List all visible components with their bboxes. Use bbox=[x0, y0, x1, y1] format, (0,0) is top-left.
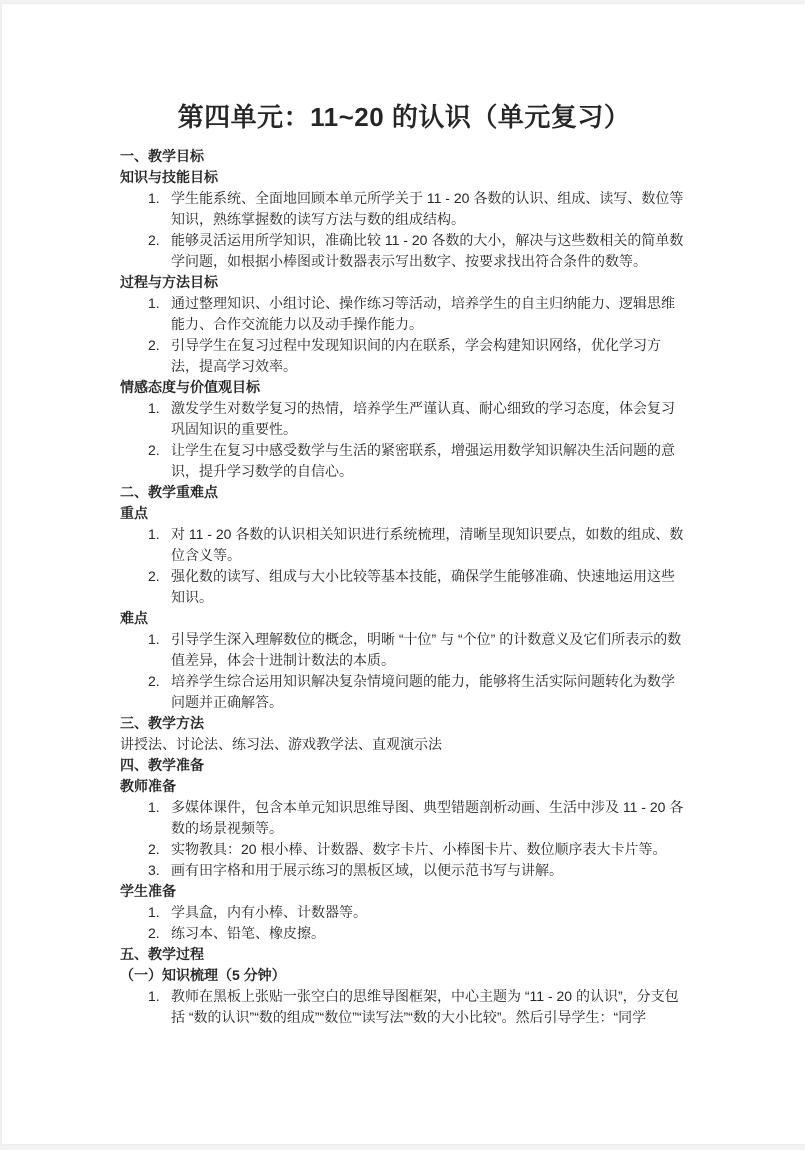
list-item-number: 1. bbox=[148, 188, 171, 230]
list-item-number: 2. bbox=[148, 335, 171, 377]
list-item: 2.实物教具：20 根小棒、计数器、数字卡片、小棒图卡片、数位顺序表大卡片等。 bbox=[120, 839, 688, 860]
ordered-list: 1.对 11 - 20 各数的认识相关知识进行系统梳理，清晰呈现知识要点，如数的… bbox=[120, 524, 688, 608]
document-body: 一、教学目标知识与技能目标1.学生能系统、全面地回顾本单元所学关于 11 - 2… bbox=[120, 146, 688, 1028]
list-item-number: 2. bbox=[148, 839, 171, 860]
list-item: 1.通过整理知识、小组讨论、操作练习等活动，培养学生的自主归纳能力、逻辑思维能力… bbox=[120, 293, 688, 335]
list-item: 1.教师在黑板上张贴一张空白的思维导图框架，中心主题为 “11 - 20 的认识… bbox=[120, 986, 688, 1028]
ordered-list: 1.教师在黑板上张贴一张空白的思维导图框架，中心主题为 “11 - 20 的认识… bbox=[120, 986, 688, 1028]
section-heading: 教师准备 bbox=[120, 776, 688, 797]
list-item-number: 1. bbox=[148, 524, 171, 566]
ordered-list: 1.激发学生对数学复习的热情，培养学生严谨认真、耐心细致的学习态度，体会复习巩固… bbox=[120, 398, 688, 482]
list-item: 2.引导学生在复习过程中发现知识间的内在联系，学会构建知识网络，优化学习方法，提… bbox=[120, 335, 688, 377]
list-item-number: 1. bbox=[148, 986, 171, 1028]
section-heading: 三、教学方法 bbox=[120, 713, 688, 734]
section-heading: 学生准备 bbox=[120, 881, 688, 902]
list-item-text: 学生能系统、全面地回顾本单元所学关于 11 - 20 各数的认识、组成、读写、数… bbox=[171, 188, 688, 230]
list-item-number: 2. bbox=[148, 440, 171, 482]
list-item-text: 多媒体课件，包含本单元知识思维导图、典型错题剖析动画、生活中涉及 11 - 20… bbox=[171, 797, 688, 839]
list-item: 1.引导学生深入理解数位的概念，明晰 “十位” 与 “个位” 的计数意义及它们所… bbox=[120, 629, 688, 671]
list-item: 1.学具盒，内有小棒、计数器等。 bbox=[120, 902, 688, 923]
list-item: 1.对 11 - 20 各数的认识相关知识进行系统梳理，清晰呈现知识要点，如数的… bbox=[120, 524, 688, 566]
section-heading: 重点 bbox=[120, 503, 688, 524]
document-page: 第四单元：11~20 的认识（单元复习） 一、教学目标知识与技能目标1.学生能系… bbox=[2, 4, 805, 1144]
list-item-number: 1. bbox=[148, 902, 171, 923]
ordered-list: 1.通过整理知识、小组讨论、操作练习等活动，培养学生的自主归纳能力、逻辑思维能力… bbox=[120, 293, 688, 377]
section-heading: 难点 bbox=[120, 608, 688, 629]
list-item-text: 练习本、铅笔、橡皮擦。 bbox=[171, 923, 688, 944]
list-item-text: 引导学生在复习过程中发现知识间的内在联系，学会构建知识网络，优化学习方法，提高学… bbox=[171, 335, 688, 377]
list-item: 2.能够灵活运用所学知识，准确比较 11 - 20 各数的大小，解决与这些数相关… bbox=[120, 230, 688, 272]
list-item-text: 对 11 - 20 各数的认识相关知识进行系统梳理，清晰呈现知识要点，如数的组成… bbox=[171, 524, 688, 566]
list-item-text: 画有田字格和用于展示练习的黑板区域，以便示范书写与讲解。 bbox=[171, 860, 688, 881]
list-item-number: 2. bbox=[148, 923, 171, 944]
list-item-text: 激发学生对数学复习的热情，培养学生严谨认真、耐心细致的学习态度，体会复习巩固知识… bbox=[171, 398, 688, 440]
list-item-number: 1. bbox=[148, 293, 171, 335]
ordered-list: 1.学具盒，内有小棒、计数器等。2.练习本、铅笔、橡皮擦。 bbox=[120, 902, 688, 944]
list-item: 2.培养学生综合运用知识解决复杂情境问题的能力，能够将生活实际问题转化为数学问题… bbox=[120, 671, 688, 713]
list-item: 3.画有田字格和用于展示练习的黑板区域，以便示范书写与讲解。 bbox=[120, 860, 688, 881]
paragraph: 讲授法、讨论法、练习法、游戏教学法、直观演示法 bbox=[120, 734, 688, 755]
list-item-text: 引导学生深入理解数位的概念，明晰 “十位” 与 “个位” 的计数意义及它们所表示… bbox=[171, 629, 688, 671]
ordered-list: 1.学生能系统、全面地回顾本单元所学关于 11 - 20 各数的认识、组成、读写… bbox=[120, 188, 688, 272]
section-heading: （一）知识梳理（5 分钟） bbox=[120, 965, 688, 986]
list-item-text: 培养学生综合运用知识解决复杂情境问题的能力，能够将生活实际问题转化为数学问题并正… bbox=[171, 671, 688, 713]
list-item-number: 2. bbox=[148, 566, 171, 608]
section-heading: 二、教学重难点 bbox=[120, 482, 688, 503]
list-item-text: 强化数的读写、组成与大小比较等基本技能，确保学生能够准确、快速地运用这些知识。 bbox=[171, 566, 688, 608]
section-heading: 情感态度与价值观目标 bbox=[120, 377, 688, 398]
document-content: 第四单元：11~20 的认识（单元复习） 一、教学目标知识与技能目标1.学生能系… bbox=[2, 4, 805, 1028]
list-item: 2.强化数的读写、组成与大小比较等基本技能，确保学生能够准确、快速地运用这些知识… bbox=[120, 566, 688, 608]
list-item: 1.多媒体课件，包含本单元知识思维导图、典型错题剖析动画、生活中涉及 11 - … bbox=[120, 797, 688, 839]
list-item: 2.练习本、铅笔、橡皮擦。 bbox=[120, 923, 688, 944]
list-item-number: 1. bbox=[148, 629, 171, 671]
list-item-number: 2. bbox=[148, 230, 171, 272]
list-item-text: 教师在黑板上张贴一张空白的思维导图框架，中心主题为 “11 - 20 的认识”，… bbox=[171, 986, 688, 1028]
section-heading: 过程与方法目标 bbox=[120, 272, 688, 293]
ordered-list: 1.多媒体课件，包含本单元知识思维导图、典型错题剖析动画、生活中涉及 11 - … bbox=[120, 797, 688, 881]
list-item-text: 通过整理知识、小组讨论、操作练习等活动，培养学生的自主归纳能力、逻辑思维能力、合… bbox=[171, 293, 688, 335]
list-item-text: 让学生在复习中感受数学与生活的紧密联系，增强运用数学知识解决生活问题的意识，提升… bbox=[171, 440, 688, 482]
section-heading: 知识与技能目标 bbox=[120, 167, 688, 188]
list-item: 2.让学生在复习中感受数学与生活的紧密联系，增强运用数学知识解决生活问题的意识，… bbox=[120, 440, 688, 482]
list-item: 1.激发学生对数学复习的热情，培养学生严谨认真、耐心细致的学习态度，体会复习巩固… bbox=[120, 398, 688, 440]
list-item: 1.学生能系统、全面地回顾本单元所学关于 11 - 20 各数的认识、组成、读写… bbox=[120, 188, 688, 230]
section-heading: 一、教学目标 bbox=[120, 146, 688, 167]
list-item-number: 3. bbox=[148, 860, 171, 881]
list-item-text: 能够灵活运用所学知识，准确比较 11 - 20 各数的大小，解决与这些数相关的简… bbox=[171, 230, 688, 272]
list-item-text: 学具盒，内有小棒、计数器等。 bbox=[171, 902, 688, 923]
list-item-number: 2. bbox=[148, 671, 171, 713]
list-item-number: 1. bbox=[148, 398, 171, 440]
section-heading: 四、教学准备 bbox=[120, 755, 688, 776]
section-heading: 五、教学过程 bbox=[120, 944, 688, 965]
document-title: 第四单元：11~20 的认识（单元复习） bbox=[120, 100, 688, 134]
list-item-text: 实物教具：20 根小棒、计数器、数字卡片、小棒图卡片、数位顺序表大卡片等。 bbox=[171, 839, 688, 860]
list-item-number: 1. bbox=[148, 797, 171, 839]
ordered-list: 1.引导学生深入理解数位的概念，明晰 “十位” 与 “个位” 的计数意义及它们所… bbox=[120, 629, 688, 713]
